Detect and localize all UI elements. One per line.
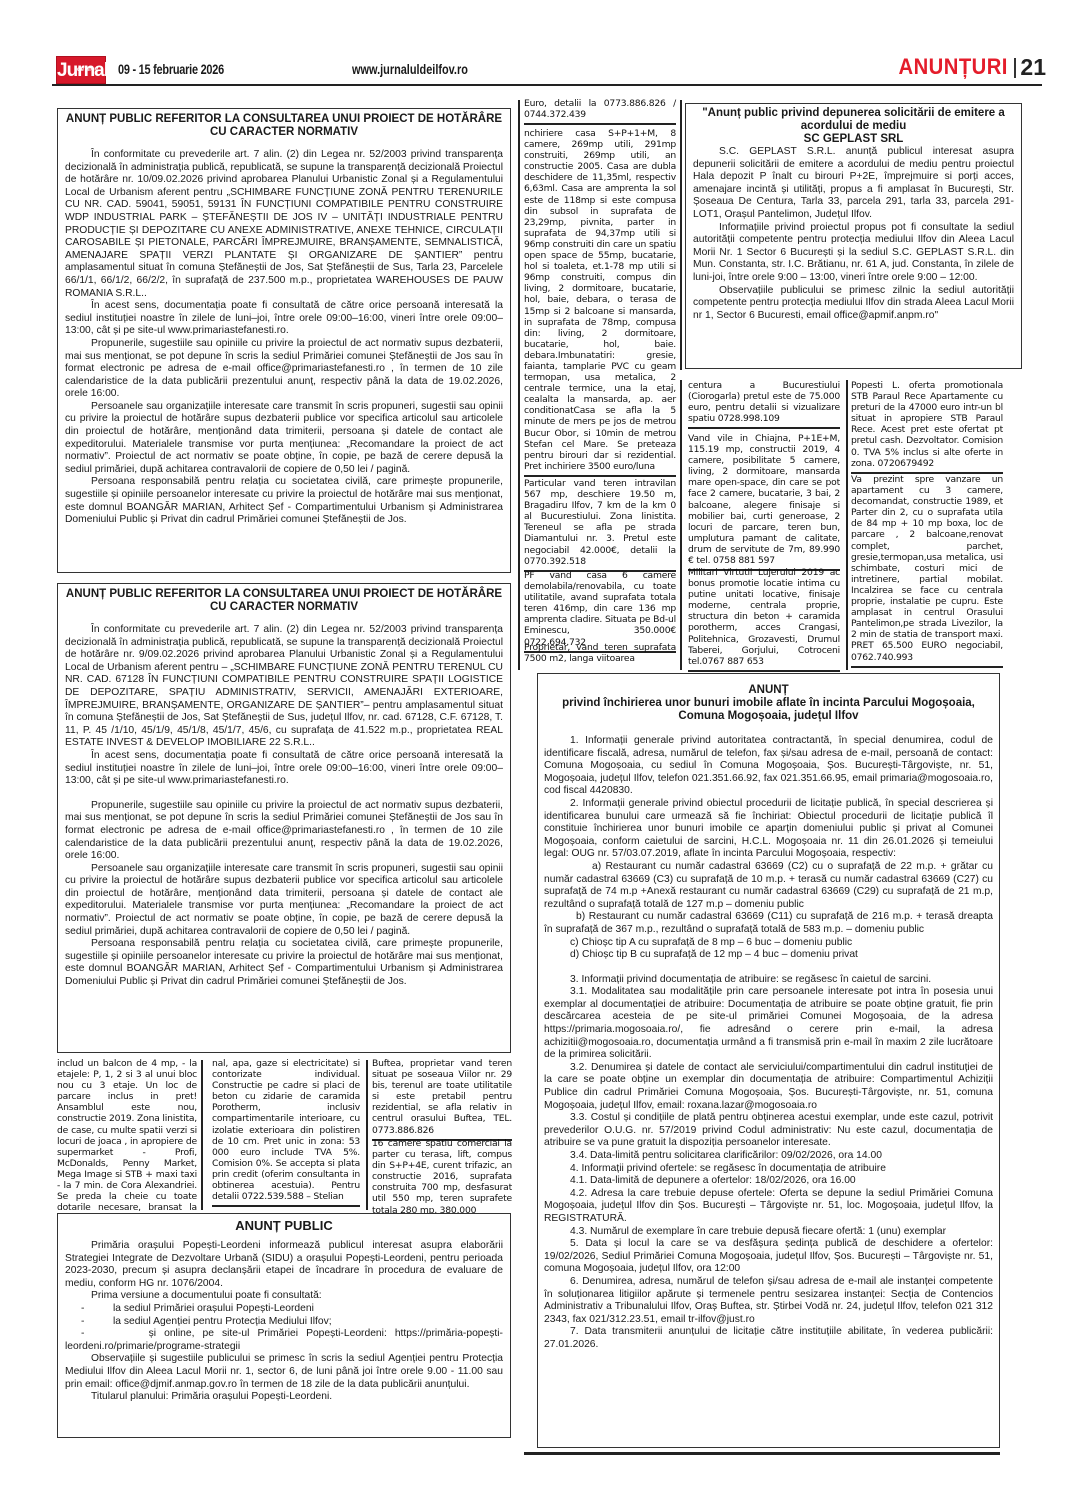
notice-paragraph: Propunerile, sugestiile sau opiniile cu … bbox=[65, 338, 503, 401]
property-item: a) Restaurant cu număr cadastral 63669 (… bbox=[544, 861, 993, 911]
notice-paragraph: Persoana responsabilă pentru relația cu … bbox=[65, 938, 503, 988]
notice-paragraph: Persoana responsabilă pentru relația cu … bbox=[65, 476, 503, 526]
notice-paragraph: Persoanele sau organizațiile interesate … bbox=[65, 401, 503, 477]
property-item: c) Chioșc tip A cu suprafață de 8 mp – 6… bbox=[544, 937, 993, 950]
page-separator bbox=[1014, 58, 1016, 78]
notice-paragraph: În conformitate cu prevederile art. 7 al… bbox=[65, 149, 503, 300]
notice-paragraph: Observațiile publicului se primesc zilni… bbox=[693, 285, 1014, 323]
notice-paragraph: Primăria orașului Popești-Leordeni infor… bbox=[65, 1240, 503, 1290]
logo-subtext: de Ilfov bbox=[77, 56, 98, 84]
notice-paragraph: Observațiile și sugestiile publicului se… bbox=[65, 1353, 503, 1391]
notice-geplast-environment: "Anunț public privind depunerea solicită… bbox=[685, 103, 1022, 369]
masthead: de Ilfov Jurnalul 09 - 15 februarie 2026… bbox=[52, 56, 1042, 86]
section-title: ANUNȚURI bbox=[899, 54, 1008, 80]
notice-paragraph: 4. Informații privind ofertele: se regăs… bbox=[544, 1163, 993, 1176]
classified-ad: Militari Virtutii Lujerului 2019 ac bonu… bbox=[688, 567, 840, 672]
notice-paragraph: 4.1. Data-limită de depunere a ofertelor… bbox=[544, 1175, 993, 1188]
notice-paragraph: Persoanele sau organizațiile interesate … bbox=[65, 863, 503, 939]
notice-paragraph: 7. Data transmiterii anunțului de licita… bbox=[544, 1326, 993, 1351]
classified-ad: Popesti L. oferta promotionala STB Parau… bbox=[851, 380, 1003, 474]
notice-paragraph: 3. Informații privind documentația de at… bbox=[544, 974, 993, 987]
notice-paragraph: 4.3. Numărul de exemplare în care trebui… bbox=[544, 1226, 993, 1239]
column-rule bbox=[846, 380, 848, 670]
classified-ad: Va prezint spre vanzare un apartament cu… bbox=[851, 474, 1003, 668]
notice-paragraph: S.C. GEPLAST S.R.L. anunță publicul inte… bbox=[693, 146, 1014, 222]
classified-ad: centura a Bucurestiului (Ciorogarla) pre… bbox=[688, 380, 840, 429]
page-number: 21 bbox=[1020, 54, 1046, 81]
notice-stefanesti-pud-9: ANUNȚ PUBLIC REFERITOR LA CONSULTAREA UN… bbox=[57, 583, 511, 1053]
notice-mogosoaia-lease: ANUNȚ privind închirierea unor bunuri im… bbox=[537, 673, 1000, 1448]
notice-paragraph: Informațiile privind proiectul propus po… bbox=[693, 222, 1014, 285]
notice-title: ANUNȚ PUBLIC REFERITOR LA CONSULTAREA UN… bbox=[65, 113, 503, 139]
notice-company: SC GEPLAST SRL bbox=[693, 133, 1014, 146]
issue-date: 09 - 15 februarie 2026 bbox=[118, 61, 224, 77]
notice-paragraph: 6. Denumirea, adresa, numărul de telefon… bbox=[544, 1276, 993, 1326]
notice-paragraph: Propunerile, sugestiile sau opiniile cu … bbox=[65, 800, 503, 863]
classified-ad: includ un balcon de 4 mp, - la etajele: … bbox=[57, 1058, 197, 1224]
bottom-rule bbox=[524, 1452, 1000, 1455]
classified-ad: Buftea, proprietar vand teren situat pe … bbox=[372, 1058, 512, 1141]
classified-ad: nal, apa, gaze si electricitate) si cont… bbox=[212, 1058, 360, 1207]
notice-paragraph: 3.4. Data-limită pentru solicitarea clar… bbox=[544, 1150, 993, 1163]
notice-title: "Anunț public privind depunerea solicită… bbox=[693, 107, 1014, 133]
notice-paragraph: 3.1. Modalitatea sau modalitățile prin c… bbox=[544, 986, 993, 1062]
property-item: b) Restaurant cu număr cadastral 63669 (… bbox=[544, 911, 993, 936]
notice-paragraph: 5. Data și locul la care se va desfășura… bbox=[544, 1238, 993, 1276]
newspaper-logo: de Ilfov Jurnalul bbox=[56, 56, 106, 84]
classified-ad: Particular vand teren intravilan 567 mp,… bbox=[524, 478, 676, 572]
location-list-item: -la sediul Agenției pentru Protecția Med… bbox=[65, 1316, 503, 1329]
property-item: d) Chioșc tip B cu suprafață de 12 mp – … bbox=[544, 949, 993, 962]
location-list-item: -la sediul Primăriei orașului Popești-Le… bbox=[65, 1303, 503, 1316]
notice-paragraph: În acest sens, documentația poate fi con… bbox=[65, 300, 503, 338]
notice-paragraph: În acest sens, documentația poate fi con… bbox=[65, 750, 503, 788]
notice-title: ANUNȚ PUBLIC REFERITOR LA CONSULTAREA UN… bbox=[65, 588, 503, 614]
notice-paragraph: Prima versiune a documentului poate fi c… bbox=[65, 1290, 503, 1303]
column-rule bbox=[518, 100, 520, 670]
notice-title: ANUNȚ PUBLIC bbox=[65, 1219, 503, 1232]
classified-ad: Proprietar, vand teren suprafata 7500 m2… bbox=[524, 642, 676, 664]
notice-popesti-leordeni-sidu: ANUNȚ PUBLIC Primăria orașului Popești-L… bbox=[57, 1213, 511, 1438]
notice-paragraph: 4.2. Adresa la care trebuie depuse ofert… bbox=[544, 1188, 993, 1226]
notice-title: ANUNȚ bbox=[544, 684, 993, 697]
column-rule bbox=[680, 380, 682, 670]
classified-ad: nchiriere casa S+P+1+M, 8 camere, 269mp … bbox=[524, 128, 676, 477]
notice-paragraph: Titularul planului: Primăria orașului Po… bbox=[65, 1391, 503, 1404]
website-link[interactable]: www.jurnaluldeilfov.ro bbox=[352, 61, 468, 77]
column-rule bbox=[680, 100, 682, 370]
notice-paragraph: 3.3. Costul și condițiile de plată pentr… bbox=[544, 1112, 993, 1150]
notice-stefanesti-pud-10: ANUNȚ PUBLIC REFERITOR LA CONSULTAREA UN… bbox=[57, 108, 511, 573]
notice-paragraph: 2. Informații generale privind obiectul … bbox=[544, 798, 993, 861]
classified-ad: PF vand casa 6 camere demolabila/renovab… bbox=[524, 570, 676, 653]
classified-ad: Euro, detalii la 0773.886.826 / 0744.372… bbox=[524, 98, 676, 125]
location-list-item-online: - și online, pe site-ul Primăriei Popeșt… bbox=[65, 1328, 503, 1353]
notice-paragraph: 1. Informații generale privind autoritat… bbox=[544, 735, 993, 798]
classified-ad: 16 camere spatiu comercial la parter cu … bbox=[372, 1138, 512, 1216]
notice-subtitle: privind închirierea unor bunuri imobile … bbox=[544, 697, 993, 723]
column-rule bbox=[366, 1060, 368, 1210]
notice-paragraph: În conformitate cu prevederile art. 7 al… bbox=[65, 624, 503, 750]
notice-paragraph: 3.2. Denumirea și datele de contact ale … bbox=[544, 1062, 993, 1112]
classified-ad: Vand vile in Chiajna, P+1E+M, 115.19 mp,… bbox=[688, 433, 840, 571]
column-rule bbox=[201, 1060, 203, 1210]
